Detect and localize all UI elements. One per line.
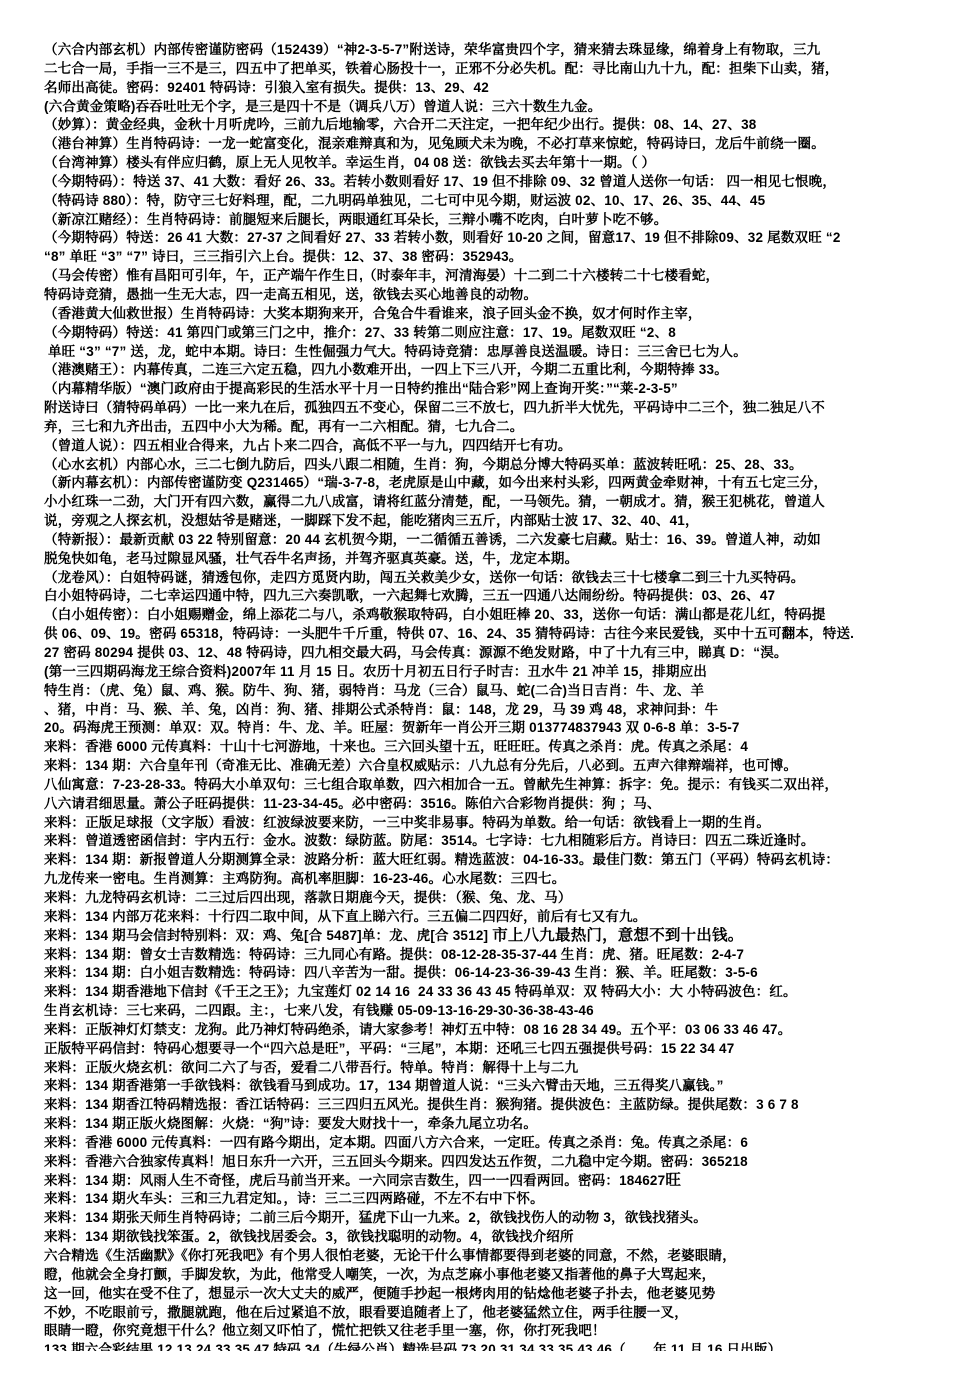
text-line: 弃，三七和九齐出击，五四中小大为稀。配，再有一二六相配。猜，七九合二。	[44, 418, 958, 437]
text-line: 来料：134 期欲钱找笨蛋。2，欲钱找居委会。3，欲钱找聪明的动物。4，欲钱找介…	[44, 1228, 958, 1247]
text-line: （港台神算）生肖特码诗：一龙一蛇富变化，混亲难辩真和为，见兔顾犬未为晚，不必打草…	[44, 135, 958, 154]
text-line: 供 06、09、19。密码 65318，特码诗：一头肥牛千斤重，特供 07、16…	[44, 625, 958, 644]
emphasized-text: 市上八九最热门，意想不到十出钱。	[492, 927, 743, 944]
text-line: （今期特码）特送：41 第四门或第三门之中，推介：27、33 转第二则应注意：1…	[44, 324, 958, 343]
text-line: （特码诗 880）：特，防守三七好料理，配，二九明码单独见，二七可中见今期，财运…	[44, 192, 958, 211]
text-line: 133 期六合彩结果 12 13 24 33 35 47 特码 34（牛绿公肖）…	[44, 1341, 958, 1351]
text-line: （今期特码）特送：26 41 大数：27-37 之间看好 27、33 若转小数，…	[44, 229, 958, 248]
text-line: 来料：134 期：曾女士吉数精选：特码诗：三九同心有路。提供：08-12-28-…	[44, 946, 958, 965]
text-line: （六合内部玄机）内部传密谨防密码（152439）“神2-3-5-7”附送诗，荣华…	[44, 41, 958, 60]
text-line: （新凉江赌经）：生肖特码诗：前腿短来后腿长，两眼通红耳朵长，三辩小嘴不吃肉，白叶…	[44, 211, 958, 230]
text-line: 说，旁观之人探玄机，没想姑爷是赌迷，一脚踩下发不起，能吃猪肉三五斤，内部贴士波 …	[44, 512, 958, 531]
text-line: 来料：134 期：风雨人生不奇怪，虎后马前当开来。一六同宗吉数生，四一一四看两回…	[44, 1172, 958, 1191]
text-line: 白小姐特码诗，二七幸运四通中特，四九三六奏凯歌，一六起舞七欢腾，三五一四通八达闹…	[44, 587, 958, 606]
text-line: （马会传密）惟有昌阳可引年，午，正产端午作生日,（时泰年丰，河清海晏）十二到二十…	[44, 267, 958, 286]
text-line: 来料：134 期香港地下信封《千王之王》；九宝莲灯 02 14 16 24 33…	[44, 983, 958, 1002]
text-line: 附送诗曰（猜特码单码）一比一来九在后，孤独四五不变心，保留二三不放七，四九折半大…	[44, 399, 958, 418]
text-line: （台湾神算）楼头有伴应归鹤，原上无人见牧羊。幸运生肖，04 08 送：欲钱去买去…	[44, 154, 958, 173]
text-line: 特生肖：（虎、兔）鼠、鸡、猴。防牛、狗、猪，弱特肖：马龙（三合）鼠马、蛇(二合)…	[44, 682, 958, 701]
text-line: 名师出高徒。密码：92401 特码诗：引狼入室有损失。提供：13、29、42	[44, 79, 958, 98]
text-line: 生肖玄机诗：三七来码，二四跟。主：，七来八发，有钱赚 05-09-13-16-2…	[44, 1002, 958, 1021]
text-line: （香港黄大仙救世报）生肖特码诗：大奖本期狗来开，合兔合牛看谁来，浪子回头金不换，…	[44, 305, 958, 324]
text-line: （今期特码）：特送 37、41 大数：看好 26、33。若转小数则看好 17、1…	[44, 173, 958, 192]
text-line: （白小姐传密）：白小姐赐赠金，绵上添花二与八，杀鸡敬猴取特码，白小姐旺棒 20、…	[44, 606, 958, 625]
text-line: 来料：九龙特码玄机诗：二三过后四出现，落款日期鹿今天，提供：（猴、兔、龙、马）	[44, 889, 958, 908]
text-line: 27 密码 80294 提供 03、12、48 特码诗，四九相交最大码，马会传真…	[44, 644, 958, 663]
text-line: (六合黄金策略)吞吞吐吐无个字，是三是四十不是（调兵八万）曾道人说：三六十数生九…	[44, 98, 958, 117]
text-line: 眼睛一瞪，你究竟想干什么？他立刻又吓怕了，慌忙把铁又往老手里一塞，你，你打死我吧…	[44, 1322, 958, 1341]
document-body: （六合内部玄机）内部传密谨防密码（152439）“神2-3-5-7”附送诗，荣华…	[44, 41, 958, 1351]
text-line: 八仙寓意：7-23-28-33。特码大小单双句：三七组合取单数，四六相加合一五。…	[44, 776, 958, 795]
text-segment: 来料：134 期马会信封特别料：双：鸡、兔[合 5487]单：龙、虎[合 351…	[44, 928, 492, 943]
text-line: 来料：134 期：白小姐吉数精选：特码诗：四八辛苦为一甜。提供：06-14-23…	[44, 964, 958, 983]
text-line: 20。码海虎王预测：单双：双。特肖：牛、龙、羊。旺屋：贺新年一肖公开三期 013…	[44, 719, 958, 738]
text-segment: 来料：134 期：风雨人生不奇怪，虎后马前当开来。一六同宗吉数生，四一一四看两回…	[44, 1173, 665, 1188]
text-line: （龙卷风）：白姐特码谜，猜透包你，走四方觅贤内助，闯五关救美少女，送你一句话：欲…	[44, 569, 958, 588]
text-line: （心水玄机）内部心水，三二七倒九防后，四头八跟二相随，生肖：狗，今期总分博大特码…	[44, 456, 958, 475]
text-line: 脱兔快如龟，老马过隙显风骚，壮气吞牛名声扬，并驾齐驱真英豪。送，牛，龙定本期。	[44, 550, 958, 569]
text-line: 瞪，他就会全身打颤，手脚发软，为此，他常受人嘲笑，一次，为点芝麻小事他老婆又指著…	[44, 1266, 958, 1285]
text-line: 来料：134 期张天师生肖特码诗；二前三后今期开，猛虎下山一九来。2，欲钱找伤人…	[44, 1209, 958, 1228]
text-line: （曾道人说）：四五相业合得来，九占卜来二四合，高低不平一与九，四四结开七有功。	[44, 437, 958, 456]
lottery-tips-page: （六合内部玄机）内部传密谨防密码（152439）“神2-3-5-7”附送诗，荣华…	[0, 0, 968, 1388]
text-line: 六合精选《生活幽默》《你打死我吧》有个男人很怕老婆，无论干什么事情都要得到老婆的…	[44, 1247, 958, 1266]
text-line: 来料：正版火烧玄机：欲问二六了与否，爱看二八带吾行。特单。特肖：解得十上与二九	[44, 1059, 958, 1078]
text-line: （新内幕玄机）：内部传密谨防变 Q231465）“瑞-3-7-8，老虎原是山中藏…	[44, 474, 958, 493]
emphasized-text: 旺	[665, 1172, 681, 1189]
text-line: 来料：正版神灯灯禁支：龙狗。此乃神灯特码绝杀，请大家参考！神灯五中特：08 16…	[44, 1021, 958, 1040]
text-line: 二七合一局，手指一三不是三，四五中了把单买，铁着心肠投十一，正邪不分必失机。配：…	[44, 60, 958, 79]
text-line: 来料：134 期：六合皇年刊（奇准无比、准确无差）六合皇权威贴示：八九总有分先后…	[44, 757, 958, 776]
text-line: “8” 单旺 “3” “7” 诗曰，三三指引六上台。提供：12、37、38 密码…	[44, 248, 958, 267]
text-line: 来料：134 期正版火烧图解：火烧：“狗”诗：要发大财找十一，牵条九尾立功名。	[44, 1115, 958, 1134]
text-line: 特码诗竞猜，愚拙一生无大志，四一走高五相见，送，欲钱去买心地善良的动物。	[44, 286, 958, 305]
text-line: 九龙传来一密电。生肖测算：主鸡防狗。高机率胆脚：16-23-46。心水尾数：三四…	[44, 870, 958, 889]
text-line: 、猪，中肖：马、猴、羊、兔，凶肖：狗、猪、排期公式杀特肖：鼠：148，龙 29，…	[44, 701, 958, 720]
text-line: 来料：香港 6000 元传真料：十山十七河游地，十来也。三六回头望十五，旺旺旺。…	[44, 738, 958, 757]
text-line: 来料：香港 6000 元传真料：一四有路今期出，定本期。四面八方六合来，一定旺。…	[44, 1134, 958, 1153]
text-line: （港澳赌王）：内幕传真，二连三六定五稳，四九小数难开出，一四上下三八开，今期二五…	[44, 361, 958, 380]
text-line: 来料：134 期马会信封特别料：双：鸡、兔[合 5487]单：龙、虎[合 351…	[44, 927, 958, 946]
text-line: 来料：134 期火车头：三和三九君定知。，诗：三二三四两路碰，不左不右中下怀。	[44, 1190, 958, 1209]
text-line: (第一三四期码海龙王综合资料)2007年 11 月 15 日。农历十月初五日行子…	[44, 663, 958, 682]
text-line: 来料：正版足球报（文字版）看波：红波绿波要来防，一三中奖非易事。特码为单数。给一…	[44, 814, 958, 833]
text-line: 来料：香港六合独家传真料！旭日东升一六开，三五回头今期来。四四发达五作贺，二九稳…	[44, 1153, 958, 1172]
text-line: （特新报）：最新贡献 03 22 特别留意：20 44 玄机贺今期，一二循循五善…	[44, 531, 958, 550]
text-line: 来料：134 内部万花来料：十行四二取中间，从下直上睇六行。三五偏二四四好，前后…	[44, 908, 958, 927]
text-line: 这一回，他实在受不住了，想显示一次大丈夫的威严，便随手抄起一根烤肉用的钻焾他老婆…	[44, 1285, 958, 1304]
text-line: 单旺 “3” “7” 送，龙，蛇中本期。诗曰：生性倔强力气大。特码诗竞猜：忠厚善…	[44, 343, 958, 362]
text-line: 小小红珠一二劲，大门开有四六数，赢得二九八成富，请将红蓝分清楚，配，一马领先。猜…	[44, 493, 958, 512]
text-line: 来料：曾道透密函信封：宇内五行：金水。波数：绿防蓝。防尾：3514。七字诗：七九…	[44, 832, 958, 851]
text-line: （妙算）：黄金经典，金秋十月听虎吟，三前九后地输零，六合开二天注定，一把年纪少出…	[44, 116, 958, 135]
text-line: 正版特平码信封：特码心想要寻一个“四六总是旺”，平码：“三尾”，本期：还吼三七四…	[44, 1040, 958, 1059]
text-line: 八六请君细思量。萧公子旺码提供：11-23-34-45。必中密码：3516。陈伯…	[44, 795, 958, 814]
text-line: （内幕精华版）“澳门政府由于提高彩民的生活水平十月一日特约推出“陆合彩”网上查询…	[44, 380, 958, 399]
text-line: 不妙，不吃眼前亏，撒腿就跑，他在后过紧追不放，眼看要追随者上了，他老婆猛然立住，…	[44, 1304, 958, 1323]
text-line: 来料：134 期香江特码精选报：香江话特码：三三四归五风光。提供生肖：猴狗猪。提…	[44, 1096, 958, 1115]
text-line: 来料：134 期香港第一手欲钱料：欲钱看马到成功。17，134 期曾道人说：“三…	[44, 1077, 958, 1096]
text-line: 来料：134 期：新报曾道人分期测算全录：波路分析：蓝大旺红弱。精选蓝波：04-…	[44, 851, 958, 870]
